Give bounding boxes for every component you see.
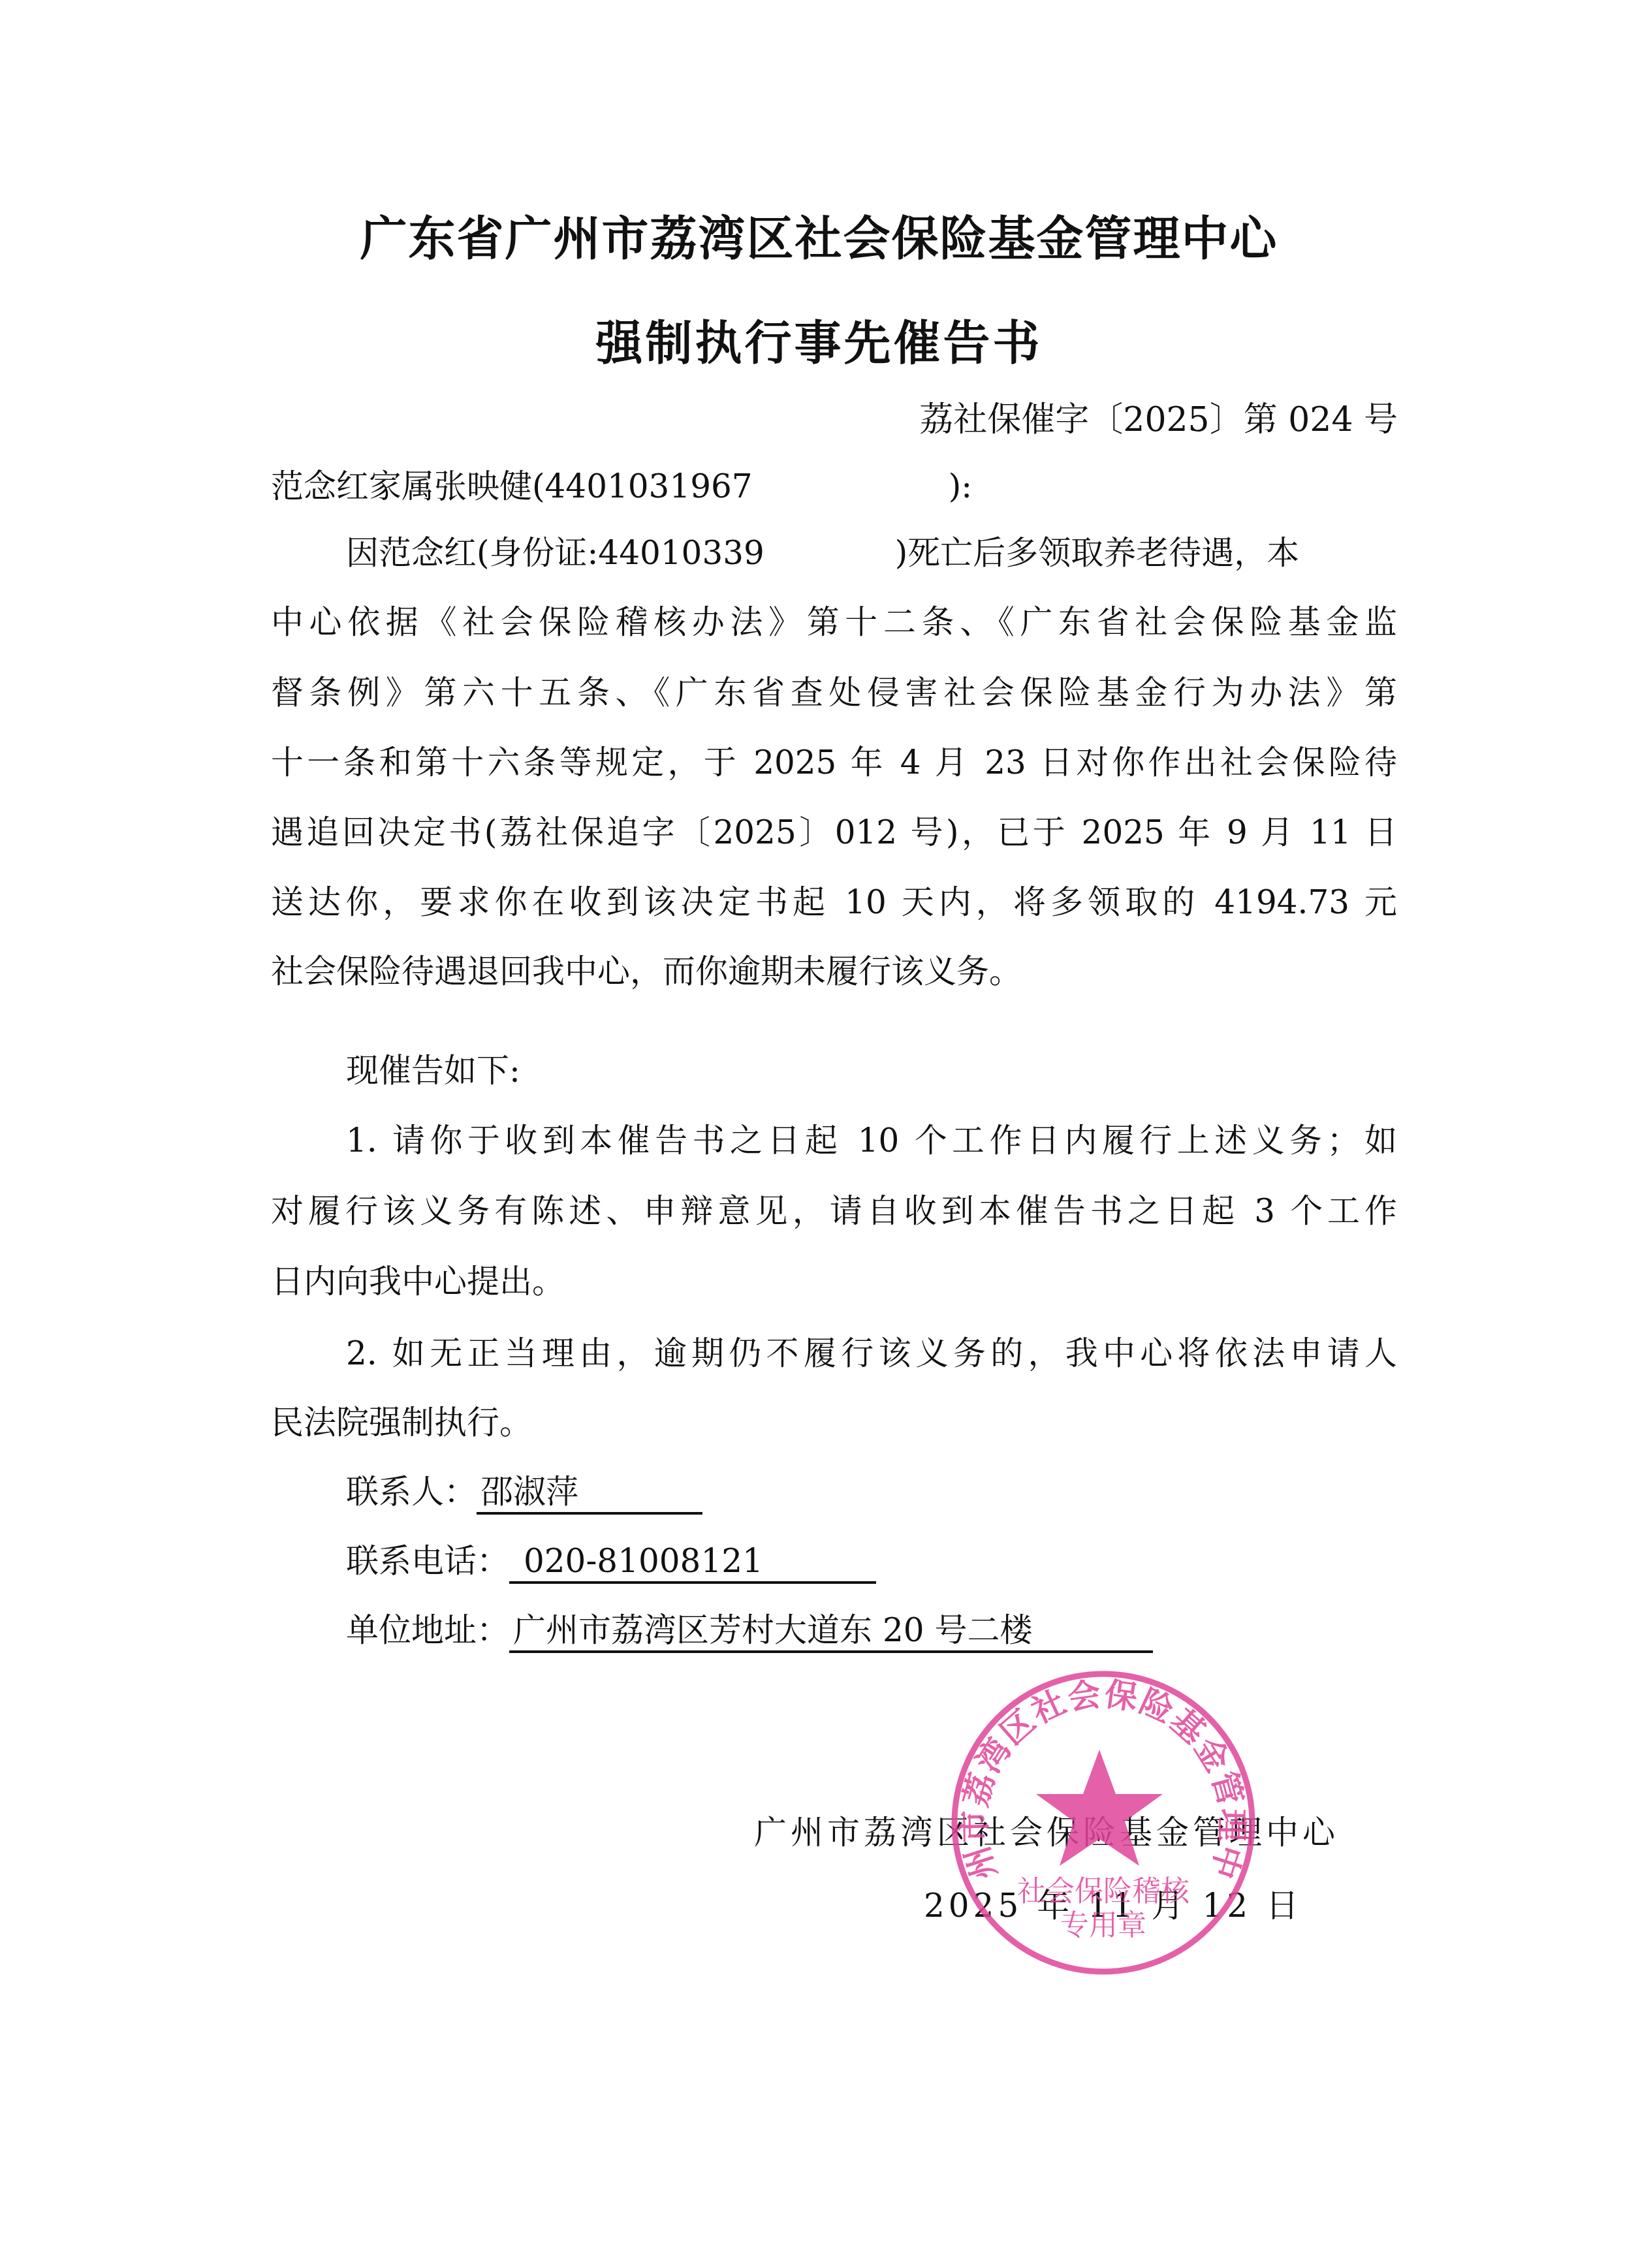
body-line: 2. 如无正当理由，逾期仍不履行该义务的，我中心将依法申请人: [346, 1331, 1397, 1376]
redacted-id: [764, 536, 895, 575]
contact-phone-value: 020-81008121: [509, 1541, 876, 1584]
contact-person-label: 联系人：: [346, 1473, 477, 1511]
body-line: 民法院强制执行。: [271, 1400, 1397, 1445]
page-subtitle: 强制执行事先催告书: [0, 313, 1638, 372]
body-line: 1. 请你于收到本催告书之日起 10 个工作日内履行上述义务；如: [346, 1118, 1397, 1163]
addressee-line: 范念红家属张映健(4401031967):: [271, 464, 1397, 509]
contact-address-label: 单位地址：: [346, 1611, 509, 1649]
body-line: 社会保险待遇退回我中心，而你逾期未履行该义务。: [271, 949, 1397, 994]
document-page: 广东省广州市荔湾区社会保险基金管理中心 强制执行事先催告书 荔社保催字〔2025…: [0, 0, 1638, 2268]
addressee-prefix: 范念红家属张映健(4401031967: [271, 467, 753, 505]
body-line: 因范念红(身份证:44010339)死亡后多领取养老待遇，本: [346, 530, 1397, 576]
signature-org: 广州市荔湾区社会保险基金管理中心: [754, 1810, 1339, 1855]
contact-phone: 联系电话：020-81008121: [346, 1538, 876, 1584]
signature-date: 2025 年 11 月 12 日: [924, 1883, 1302, 1929]
contact-person-value: 邵淑萍: [477, 1472, 702, 1515]
document-number: 荔社保催字〔2025〕第 024 号: [919, 397, 1398, 443]
redacted-id: [753, 469, 949, 509]
contact-address: 单位地址：广州市荔湾区芳村大道东 20 号二楼: [346, 1607, 1153, 1653]
body-line: 对履行该义务有陈述、申辩意见，请自收到本催告书之日起 3 个工作: [271, 1188, 1397, 1234]
body-text: 因范念红(身份证:44010339: [346, 534, 764, 572]
page-title: 广东省广州市荔湾区社会保险基金管理中心: [0, 209, 1638, 268]
body-line: 十一条和第十六条等规定，于 2025 年 4 月 23 日对你作出社会保险待: [271, 740, 1397, 785]
body-text: )死亡后多领取养老待遇，本: [895, 534, 1300, 572]
contact-address-value: 广州市荔湾区芳村大道东 20 号二楼: [509, 1610, 1153, 1653]
contact-person: 联系人：邵淑萍: [346, 1469, 702, 1515]
body-line: 现催告如下:: [346, 1048, 1397, 1094]
body-line: 送达你，要求你在收到该决定书起 10 天内，将多领取的 4194.73 元: [271, 879, 1397, 925]
body-line: 遇追回决定书(荔社保追字〔2025〕012 号)，已于 2025 年 9 月 1…: [271, 810, 1397, 855]
body-line: 中心依据《社会保险稽核办法》第十二条、《广东省社会保险基金监: [271, 599, 1397, 645]
body-line: 日内向我中心提出。: [271, 1259, 1397, 1304]
contact-phone-label: 联系电话：: [346, 1542, 509, 1580]
body-line: 督条例》第六十五条、《广东省查处侵害社会保险基金行为办法》第: [271, 670, 1397, 716]
addressee-suffix: ):: [949, 467, 972, 505]
